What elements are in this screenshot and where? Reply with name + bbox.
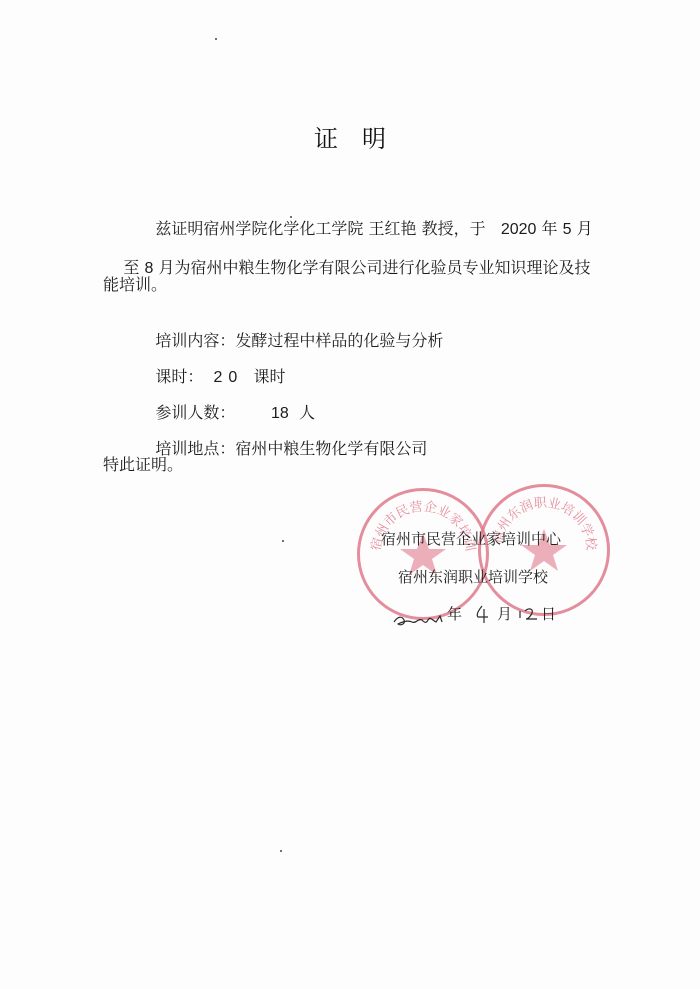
closing-statement: 特此证明。 xyxy=(103,455,183,475)
month-unit: 月 xyxy=(577,219,593,238)
certify-prefix: 兹证明宿州学院化学化工学院 xyxy=(155,219,363,238)
body-line-2: 至 8 月为宿州中粮生物化学有限公司进行化验员专业知识理论及技 xyxy=(103,238,590,299)
issuer-1: 宿州市民营企业家培训中心 xyxy=(381,528,561,549)
year-unit: 年 xyxy=(542,219,558,238)
official-seal-left: 宿州市民营企业家培训中心 xyxy=(357,488,489,620)
start-month: 5 xyxy=(563,221,572,238)
start-year: 2020 xyxy=(501,221,537,238)
document-title: 证明 xyxy=(0,119,700,154)
handwritten-day-icon xyxy=(517,603,543,625)
seal-star-icon: 宿州东润职业培训学校 xyxy=(481,487,607,613)
scan-speck xyxy=(282,540,284,542)
date-month-unit: 月 xyxy=(497,603,512,624)
issuer-2: 宿州东润职业培训学校 xyxy=(398,566,548,587)
person-rank: 教授，于 xyxy=(422,219,486,238)
person-name: 王红艳 xyxy=(368,219,416,238)
handwritten-month-icon xyxy=(472,603,492,625)
scan-speck xyxy=(215,38,217,40)
handwritten-year-icon xyxy=(392,606,452,630)
scan-speck xyxy=(280,850,282,852)
body-line-3: 能培训。 xyxy=(103,275,167,295)
date-year-unit: 年 xyxy=(447,603,462,624)
body-line-2-text: 月为宿州中粮生物化学有限公司进行化验员专业知识理论及技 xyxy=(158,258,590,277)
certificate-page: 证明 兹证明宿州学院化学化工学院 王红艳 教授，于 2020 年 5 月 至 8… xyxy=(0,0,700,989)
official-seal-right: 宿州东润职业培训学校 xyxy=(478,484,610,616)
field-value: 宿州中粮生物化学有限公司 xyxy=(235,439,427,458)
date-day-unit: 日 xyxy=(541,603,556,624)
seal-star-icon: 宿州市民营企业家培训中心 xyxy=(360,491,486,617)
